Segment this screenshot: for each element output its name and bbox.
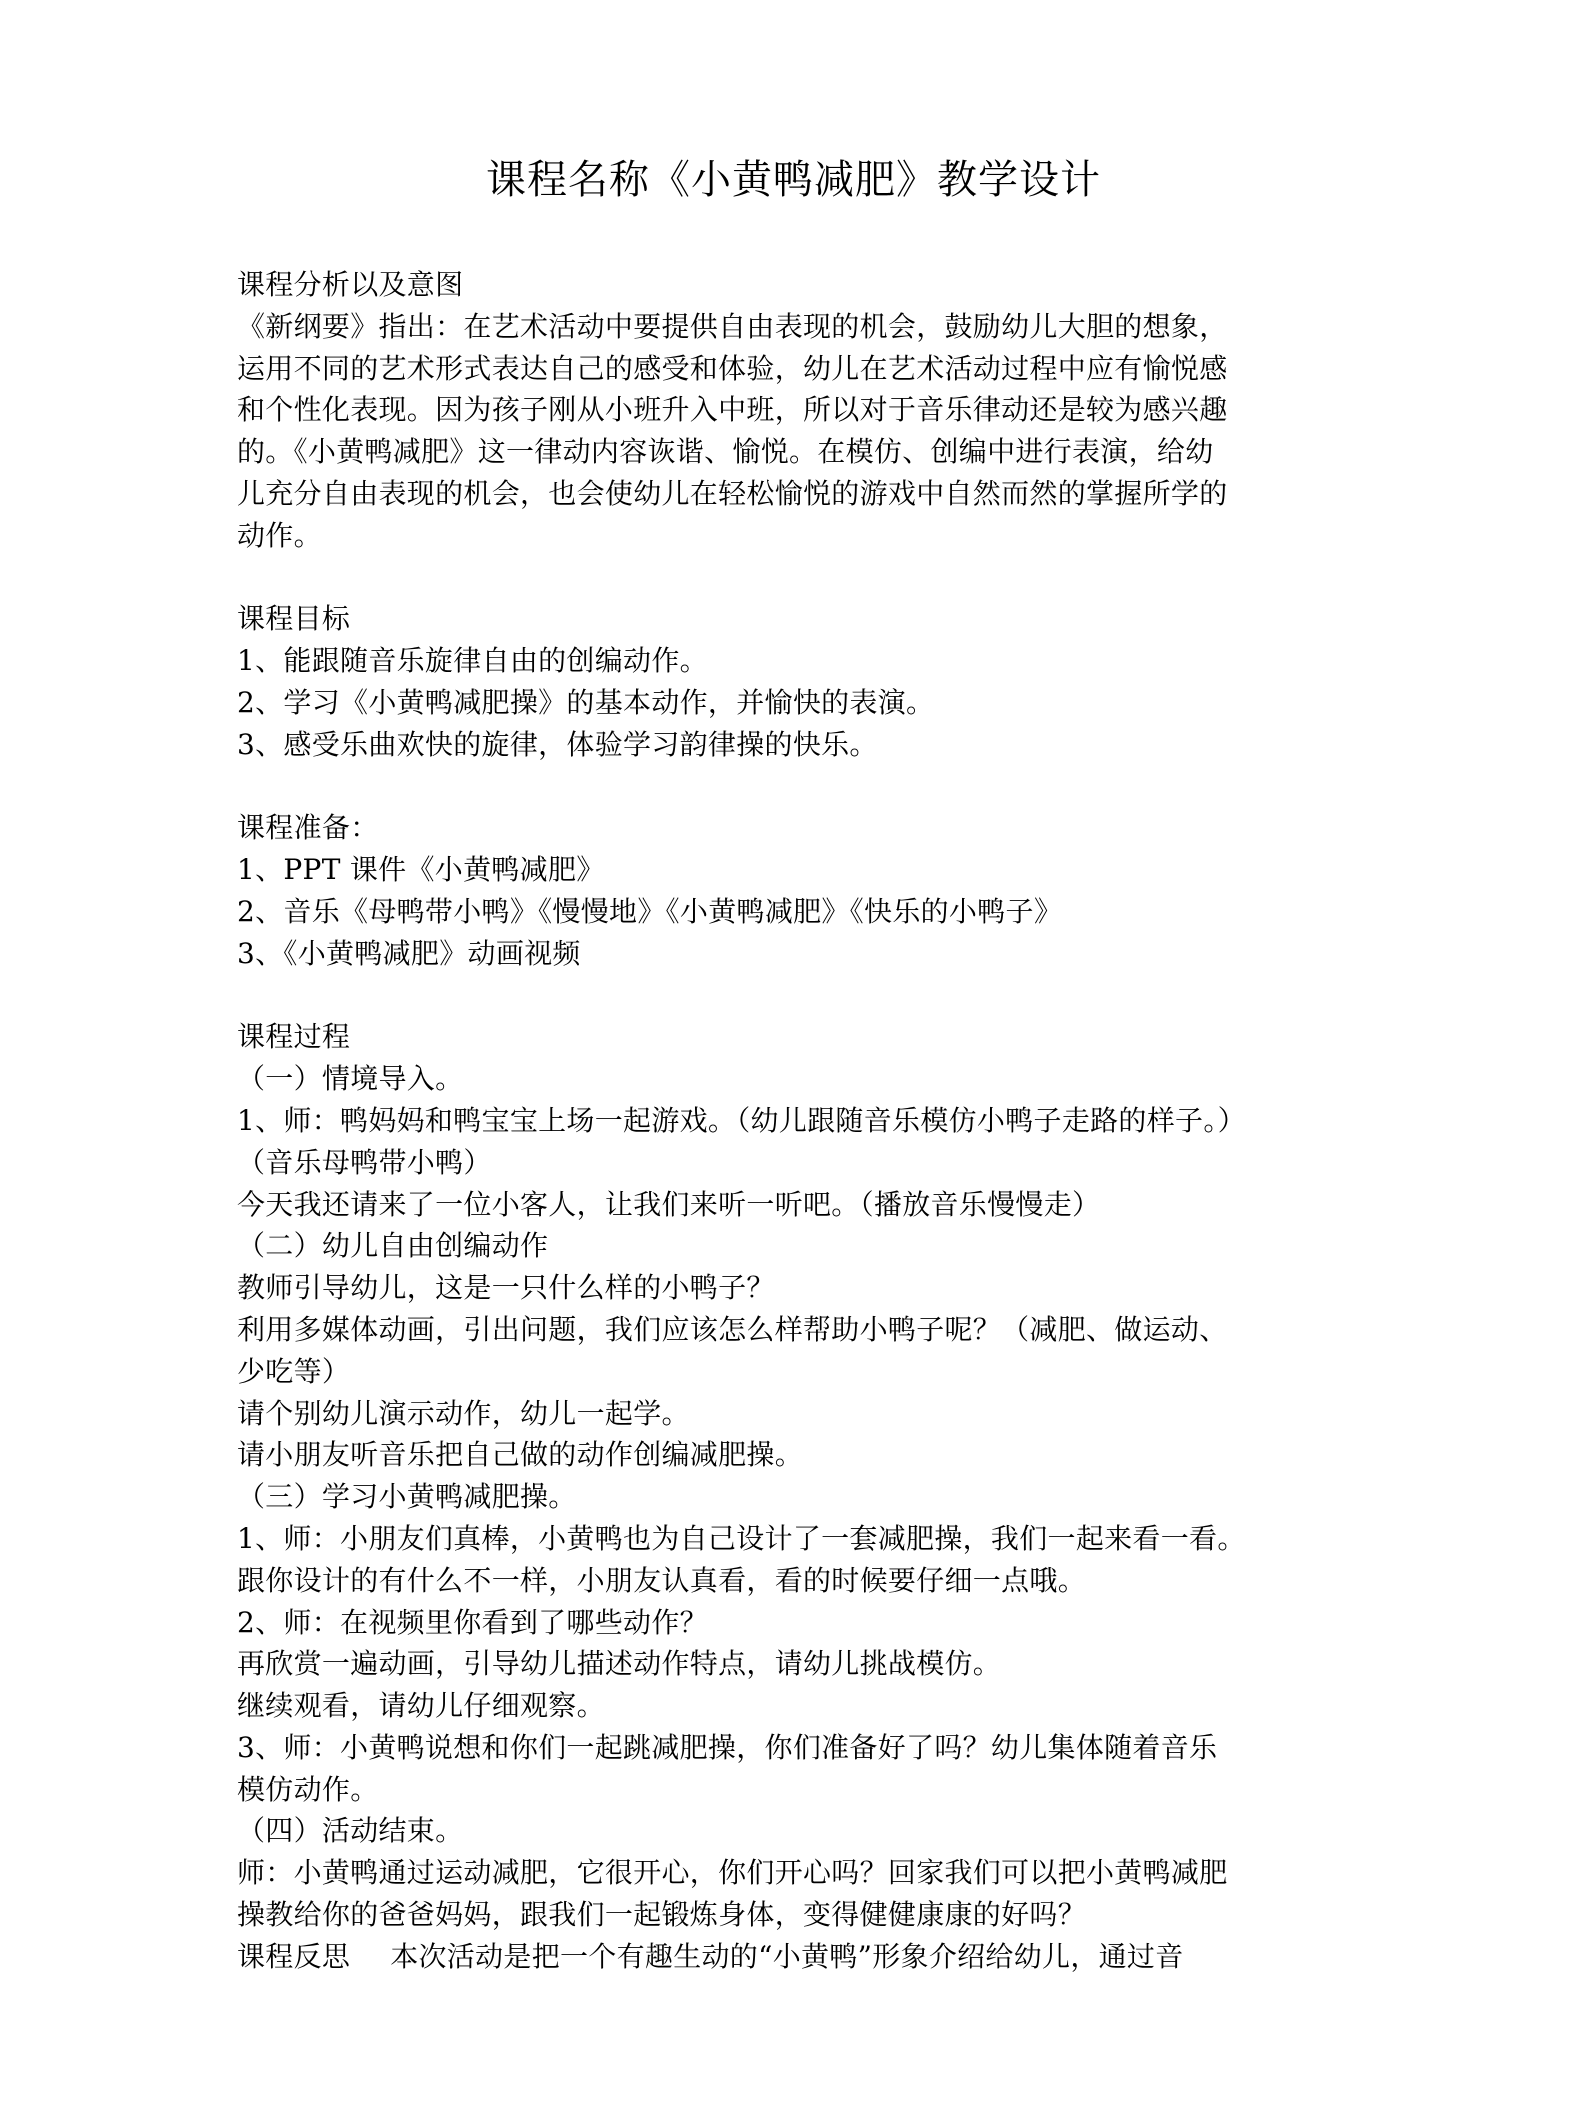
paragraph-line: 动作。 bbox=[237, 515, 1347, 557]
process-line: 今天我还请来了一位小客人，让我们来听一听吧。（播放音乐慢慢走） bbox=[237, 1184, 1347, 1226]
reflection-line: 课程反思本次活动是把一个有趣生动的“小黄鸭”形象介绍给幼儿，通过音 bbox=[237, 1936, 1347, 1978]
goal-item: 1、能跟随音乐旋律自由的创编动作。 bbox=[237, 640, 1347, 682]
document-page: 课程名称《小黄鸭减肥》教学设计 课程分析以及意图 《新纲要》指出：在艺术活动中要… bbox=[0, 0, 1587, 2122]
section-reflection: 课程反思本次活动是把一个有趣生动的“小黄鸭”形象介绍给幼儿，通过音 bbox=[237, 1936, 1347, 1978]
section-heading-goals: 课程目标 bbox=[237, 598, 1347, 640]
process-line: （四）活动结束。 bbox=[237, 1810, 1347, 1852]
paragraph-line: 儿充分自由表现的机会，也会使幼儿在轻松愉悦的游戏中自然而然的掌握所学的 bbox=[237, 473, 1347, 515]
preparation-item: 2、音乐《母鸭带小鸭》《慢慢地》《小黄鸭减肥》《快乐的小鸭子》 bbox=[237, 891, 1347, 933]
process-line: 师：小黄鸭通过运动减肥，它很开心，你们开心吗？回家我们可以把小黄鸭减肥 bbox=[237, 1852, 1347, 1894]
paragraph-line: 运用不同的艺术形式表达自己的感受和体验，幼儿在艺术活动过程中应有愉悦感 bbox=[237, 348, 1347, 390]
paragraph-line: 和个性化表现。因为孩子刚从小班升入中班，所以对于音乐律动还是较为感兴趣 bbox=[237, 389, 1347, 431]
paragraph-line: 《新纲要》指出：在艺术活动中要提供自由表现的机会，鼓励幼儿大胆的想象， bbox=[237, 306, 1347, 348]
section-heading-reflection: 课程反思 bbox=[237, 1940, 350, 1973]
section-heading-analysis: 课程分析以及意图 bbox=[237, 264, 1347, 306]
goal-item: 3、感受乐曲欢快的旋律，体验学习韵律操的快乐。 bbox=[237, 724, 1347, 766]
process-line: （音乐母鸭带小鸭） bbox=[237, 1142, 1347, 1184]
process-line: 再欣赏一遍动画，引导幼儿描述动作特点，请幼儿挑战模仿。 bbox=[237, 1643, 1347, 1685]
process-line: （二）幼儿自由创编动作 bbox=[237, 1225, 1347, 1267]
process-line: 模仿动作。 bbox=[237, 1769, 1347, 1811]
process-line: 继续观看，请幼儿仔细观察。 bbox=[237, 1685, 1347, 1727]
section-heading-process: 课程过程 bbox=[237, 1016, 1347, 1058]
document-body: 课程分析以及意图 《新纲要》指出：在艺术活动中要提供自由表现的机会，鼓励幼儿大胆… bbox=[237, 264, 1347, 1978]
process-line: 教师引导幼儿，这是一只什么样的小鸭子？ bbox=[237, 1267, 1347, 1309]
section-goals: 课程目标 1、能跟随音乐旋律自由的创编动作。 2、学习《小黄鸭减肥操》的基本动作… bbox=[237, 598, 1347, 765]
preparation-item: 1、PPT 课件《小黄鸭减肥》 bbox=[237, 849, 1347, 891]
process-line: 少吃等） bbox=[237, 1351, 1347, 1393]
process-line: 2、师：在视频里你看到了哪些动作？ bbox=[237, 1602, 1347, 1644]
reflection-text: 本次活动是把一个有趣生动的“小黄鸭”形象介绍给幼儿，通过音 bbox=[390, 1940, 1183, 1973]
process-line: 1、师：鸭妈妈和鸭宝宝上场一起游戏。（幼儿跟随音乐模仿小鸭子走路的样子。） bbox=[237, 1100, 1347, 1142]
section-process: 课程过程 （一）情境导入。 1、师：鸭妈妈和鸭宝宝上场一起游戏。（幼儿跟随音乐模… bbox=[237, 1016, 1347, 1936]
process-line: 请个别幼儿演示动作，幼儿一起学。 bbox=[237, 1393, 1347, 1435]
blank-line bbox=[237, 766, 1347, 808]
goal-item: 2、学习《小黄鸭减肥操》的基本动作，并愉快的表演。 bbox=[237, 682, 1347, 724]
section-heading-preparation: 课程准备： bbox=[237, 807, 1347, 849]
process-line: 跟你设计的有什么不一样，小朋友认真看，看的时候要仔细一点哦。 bbox=[237, 1560, 1347, 1602]
process-line: 1、师：小朋友们真棒，小黄鸭也为自己设计了一套减肥操，我们一起来看一看。 bbox=[237, 1518, 1347, 1560]
process-line: 3、师：小黄鸭说想和你们一起跳减肥操，你们准备好了吗？幼儿集体随着音乐 bbox=[237, 1727, 1347, 1769]
process-line: 操教给你的爸爸妈妈，跟我们一起锻炼身体，变得健健康康的好吗？ bbox=[237, 1894, 1347, 1936]
section-preparation: 课程准备： 1、PPT 课件《小黄鸭减肥》 2、音乐《母鸭带小鸭》《慢慢地》《小… bbox=[237, 807, 1347, 974]
blank-line bbox=[237, 975, 1347, 1017]
preparation-item: 3、《小黄鸭减肥》动画视频 bbox=[237, 933, 1347, 975]
paragraph-line: 的。《小黄鸭减肥》这一律动内容诙谐、愉悦。在模仿、创编中进行表演，给幼 bbox=[237, 431, 1347, 473]
process-line: （一）情境导入。 bbox=[237, 1058, 1347, 1100]
process-line: （三）学习小黄鸭减肥操。 bbox=[237, 1476, 1347, 1518]
document-title: 课程名称《小黄鸭减肥》教学设计 bbox=[0, 152, 1587, 208]
blank-line bbox=[237, 557, 1347, 599]
process-line: 请小朋友听音乐把自己做的动作创编减肥操。 bbox=[237, 1434, 1347, 1476]
section-analysis: 课程分析以及意图 《新纲要》指出：在艺术活动中要提供自由表现的机会，鼓励幼儿大胆… bbox=[237, 264, 1347, 557]
process-line: 利用多媒体动画，引出问题，我们应该怎么样帮助小鸭子呢？（减肥、做运动、 bbox=[237, 1309, 1347, 1351]
